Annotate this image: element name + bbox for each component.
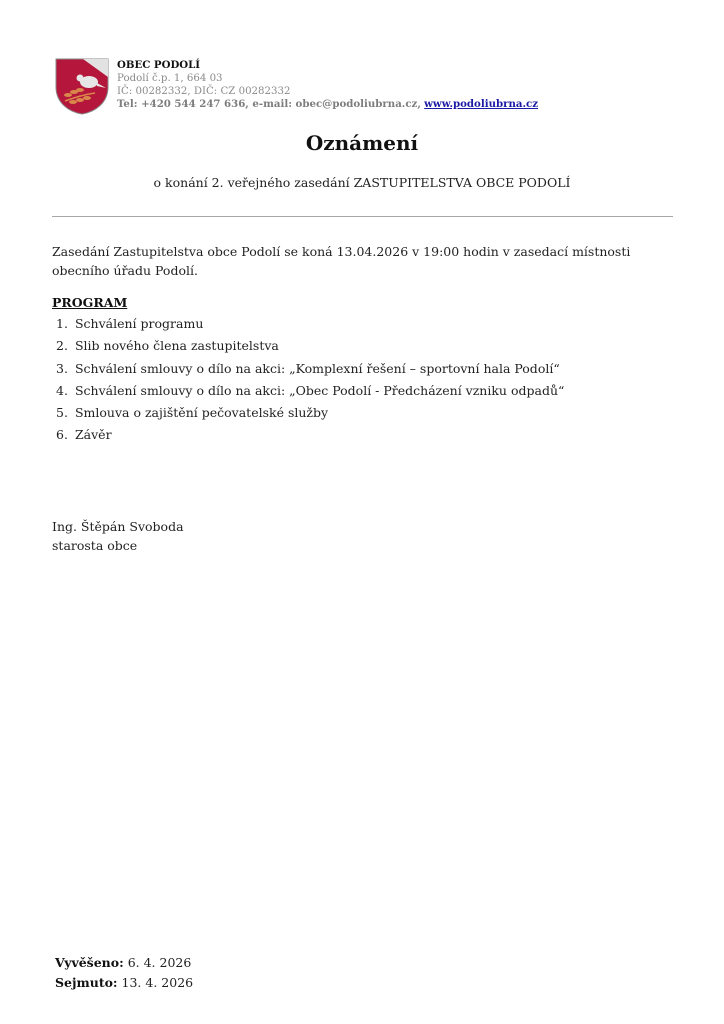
item-number: 2.	[56, 336, 71, 356]
letterhead: OBEC PODOLÍ Podolí č.p. 1, 664 03 IČ: 00…	[53, 57, 538, 115]
program-list: 1. Schválení programu 2. Slib nového čle…	[56, 314, 564, 448]
item-text: Závěr	[75, 427, 112, 442]
item-number: 1.	[56, 314, 71, 334]
program-item: 5. Smlouva o zajištění pečovatelské služ…	[56, 403, 564, 425]
item-number: 3.	[56, 359, 71, 379]
org-ids: IČ: 00282332, DIČ: CZ 00282332	[117, 85, 538, 98]
coat-of-arms-icon	[53, 57, 111, 115]
removed-row: Sejmuto: 13. 4. 2026	[55, 973, 193, 993]
org-address: Podolí č.p. 1, 664 03	[117, 72, 538, 85]
organization-info: OBEC PODOLÍ Podolí č.p. 1, 664 03 IČ: 00…	[117, 59, 538, 115]
org-contact: Tel: +420 544 247 636, e-mail: obec@podo…	[117, 98, 421, 110]
posted-date: 6. 4. 2026	[128, 955, 192, 970]
program-item: 3. Schválení smlouvy o dílo na akci: „Ko…	[56, 359, 564, 381]
signature-block: Ing. Štěpán Svoboda starosta obce	[52, 518, 184, 555]
website-link[interactable]: www.podoliubrna.cz	[424, 98, 538, 110]
program-heading: PROGRAM	[52, 295, 127, 310]
signature-name: Ing. Štěpán Svoboda	[52, 518, 184, 537]
item-text: Schválení programu	[75, 316, 203, 331]
item-number: 6.	[56, 425, 71, 445]
posted-label: Vyvěšeno:	[55, 955, 124, 970]
item-number: 4.	[56, 381, 71, 401]
program-item: 1. Schválení programu	[56, 314, 564, 336]
item-text: Smlouva o zajištění pečovatelské služby	[75, 405, 328, 420]
removed-date: 13. 4. 2026	[122, 975, 194, 990]
org-contact-line: Tel: +420 544 247 636, e-mail: obec@podo…	[117, 98, 538, 111]
document-subtitle: o konání 2. veřejného zasedání ZASTUPITE…	[0, 175, 724, 190]
item-text: Slib nového člena zastupitelstva	[75, 338, 279, 353]
removed-label: Sejmuto:	[55, 975, 118, 990]
divider	[52, 216, 673, 217]
org-name: OBEC PODOLÍ	[117, 59, 538, 72]
program-item: 4. Schválení smlouvy o dílo na akci: „Ob…	[56, 381, 564, 403]
item-number: 5.	[56, 403, 71, 423]
meeting-intro: Zasedání Zastupitelstva obce Podolí se k…	[52, 243, 682, 280]
program-item: 2. Slib nového člena zastupitelstva	[56, 336, 564, 358]
program-item: 6. Závěr	[56, 425, 564, 447]
item-text: Schválení smlouvy o dílo na akci: „Obec …	[75, 383, 564, 398]
item-text: Schválení smlouvy o dílo na akci: „Kompl…	[75, 361, 560, 376]
posted-row: Vyvěšeno: 6. 4. 2026	[55, 953, 193, 973]
signature-role: starosta obce	[52, 537, 184, 556]
posting-dates: Vyvěšeno: 6. 4. 2026 Sejmuto: 13. 4. 202…	[55, 953, 193, 992]
document-title: Oznámení	[0, 131, 724, 155]
